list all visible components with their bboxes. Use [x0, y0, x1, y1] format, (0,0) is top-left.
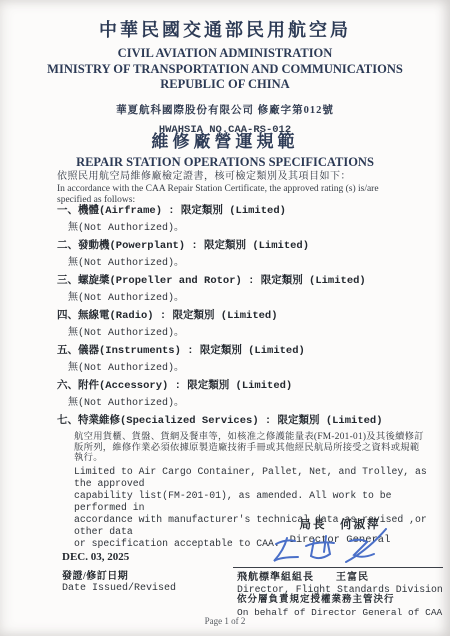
- date-issued-label-zh: 發證/修訂日期: [62, 567, 176, 582]
- intro-zh: 依照民用航空局維修廠檢定證書，核可檢定類別及其項目如下：: [57, 167, 412, 182]
- date-issued-value: DEC. 03, 2025: [62, 551, 176, 563]
- rating-heading: 六、附件(Accessory) : 限定類別 (Limited): [57, 378, 440, 395]
- rating-heading: 二、發動機(Powerplant) : 限定類別 (Limited): [57, 238, 440, 255]
- rating-detail: 無(Not Authorized)。: [68, 290, 440, 307]
- agency-en-line1: CIVIL AVIATION ADMINISTRATION: [0, 46, 450, 62]
- document-header: 中華民國交通部民用航空局 CIVIL AVIATION ADMINISTRATI…: [0, 16, 450, 136]
- rating-detail: 無(Not Authorized)。: [68, 325, 440, 342]
- rating-item-powerplant: 二、發動機(Powerplant) : 限定類別 (Limited) 無(Not…: [57, 238, 440, 272]
- rating-item-accessory: 六、附件(Accessory) : 限定類別 (Limited) 無(Not A…: [57, 378, 440, 412]
- rating-detail: 無(Not Authorized)。: [68, 360, 440, 377]
- division-head-zh: 飛航標準組組長 王富民: [237, 571, 447, 584]
- document-page: 中華民國交通部民用航空局 CIVIL AVIATION ADMINISTRATI…: [0, 0, 450, 636]
- handwritten-signature: [258, 528, 418, 568]
- agency-en-line3: REPUBLIC OF CHINA: [0, 77, 450, 93]
- rating-heading: 一、機體(Airframe) : 限定類別 (Limited): [57, 203, 440, 220]
- intro-en: In accordance with the CAA Repair Statio…: [57, 184, 412, 205]
- division-head-block: 飛航標準組組長 王富民 Director, Flight Standards D…: [237, 571, 447, 618]
- page-number: Page 1 of 2: [0, 616, 450, 626]
- date-issued-label-en: Date Issued/Revised: [62, 583, 176, 594]
- rating-heading: 七、特業維修(Specialized Services) : 限定類別 (Lim…: [57, 413, 440, 430]
- rating-item-propeller: 三、螺旋槳(Propeller and Rotor) : 限定類別 (Limit…: [57, 273, 440, 307]
- delegation-note-zh: 依分層負責規定授權業務主管決行: [237, 595, 447, 607]
- agency-en-line2: MINISTRY OF TRANSPORTATION AND COMMUNICA…: [0, 62, 450, 78]
- division-head-en: Director, Flight Standards Division: [237, 584, 447, 595]
- rating-item-instruments: 五、儀器(Instruments) : 限定類別 (Limited) 無(Not…: [57, 343, 440, 377]
- company-and-certificate-line: 華夏航科國際股份有限公司 修廠字第012號: [0, 102, 450, 117]
- intro-paragraph: 依照民用航空局維修廠檢定證書，核可檢定類別及其項目如下： In accordan…: [57, 167, 412, 205]
- signature-line: [233, 567, 443, 568]
- ratings-list: 一、機體(Airframe) : 限定類別 (Limited) 無(Not Au…: [57, 203, 440, 551]
- rating-item-airframe: 一、機體(Airframe) : 限定類別 (Limited) 無(Not Au…: [57, 203, 440, 237]
- rating-heading: 三、螺旋槳(Propeller and Rotor) : 限定類別 (Limit…: [57, 273, 440, 290]
- rating-item-radio: 四、無線電(Radio) : 限定類別 (Limited) 無(Not Auth…: [57, 308, 440, 342]
- document-title: 維修廠營運規範 REPAIR STATION OPERATIONS SPECIF…: [0, 127, 450, 170]
- agency-name-zh: 中華民國交通部民用航空局: [0, 16, 450, 42]
- agency-name-en: CIVIL AVIATION ADMINISTRATION MINISTRY O…: [0, 46, 450, 93]
- rating-heading: 五、儀器(Instruments) : 限定類別 (Limited): [57, 343, 440, 360]
- rating-heading: 四、無線電(Radio) : 限定類別 (Limited): [57, 308, 440, 325]
- rating-detail: 無(Not Authorized)。: [68, 395, 440, 412]
- rating-detail: 無(Not Authorized)。: [68, 220, 440, 237]
- document-title-zh: 維修廠營運規範: [0, 127, 450, 152]
- rating-detail: 無(Not Authorized)。: [68, 255, 440, 272]
- specialized-detail-zh: 航空用貨櫃、貨盤、貨網及餐車等，如核准之修護能量表(FM-201-01)及其後續…: [74, 432, 440, 464]
- date-issued-block: DEC. 03, 2025 發證/修訂日期 Date Issued/Revise…: [62, 551, 176, 594]
